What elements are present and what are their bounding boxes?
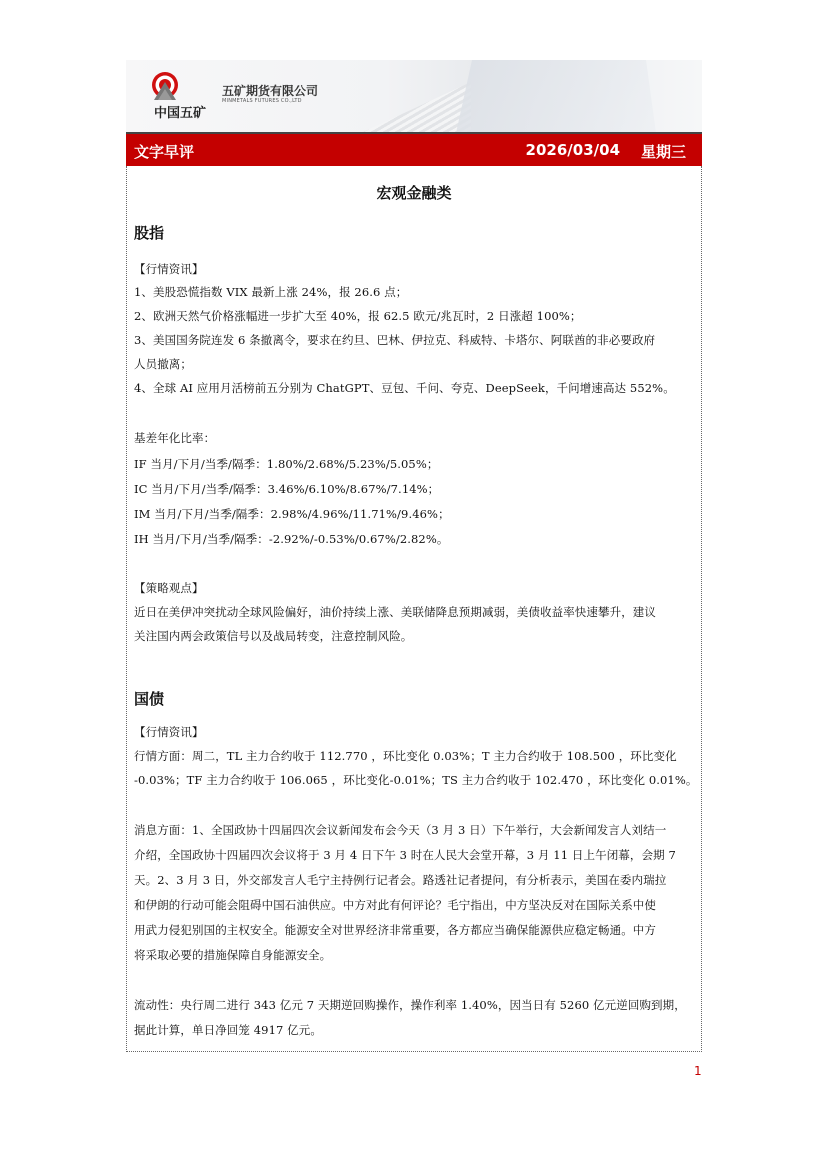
market-text: 行情方面：周二，TL 主力合约收于 112.770 ，环比变化 0.03%；T …: [134, 748, 677, 764]
liquidity-text: 据此计算，单日净回笼 4917 亿元。: [134, 1022, 322, 1038]
news-item: 2、欧洲天然气价格涨幅进一步扩大至 40%，报 62.5 欧元/兆瓦时，2 日涨…: [134, 308, 582, 324]
heading-treasury: 国债: [134, 688, 164, 709]
basis-row: IC 当月/下月/当季/隔季：3.46%/6.10%/8.67%/7.14%；: [134, 481, 439, 497]
strategy-text: 近日在美伊冲突扰动全球风险偏好，油价持续上涨、美联储降息预期减弱，美债收益率快速…: [134, 604, 656, 620]
report-type: 文字早评: [134, 141, 194, 162]
message-text: 介绍，全国政协十四届四次会议将于 3 月 4 日下午 3 时在人民大会堂开幕，3…: [134, 847, 676, 863]
message-text: 天。2、3 月 3 日，外交部发言人毛宁主持例行记者会。路透社记者提问，有分析表…: [134, 872, 666, 888]
page-number: 1: [694, 1064, 702, 1078]
header-banner: 中国五矿 五矿期货有限公司 MINMETALS FUTURES CO.,LTD: [126, 60, 702, 133]
company-name-en: MINMETALS FUTURES CO.,LTD: [222, 98, 302, 104]
news-label: 【行情资讯】: [134, 724, 204, 740]
document-body: 宏观金融类 股指 【行情资讯】 1、美股恐慌指数 VIX 最新上涨 24%，报 …: [126, 166, 702, 1052]
news-label: 【行情资讯】: [134, 261, 204, 277]
banner-decoration: [361, 82, 471, 133]
basis-label: 基差年化比率：: [134, 430, 215, 446]
basis-row: IF 当月/下月/当季/隔季：1.80%/2.68%/5.23%/5.05%；: [134, 456, 438, 472]
news-item: 3、美国国务院连发 6 条撤离令，要求在约旦、巴林、伊拉克、科威特、卡塔尔、阿联…: [134, 332, 655, 348]
company-name-cn: 五矿期货有限公司: [222, 82, 318, 99]
basis-row: IM 当月/下月/当季/隔季：2.98%/4.96%/11.71%/9.46%；: [134, 506, 450, 522]
strategy-label: 【策略观点】: [134, 580, 204, 596]
banner-decoration: [456, 60, 656, 133]
minmetals-logo-icon: [148, 70, 182, 104]
news-item: 4、全球 AI 应用月活榜前五分别为 ChatGPT、豆包、千问、夸克、Deep…: [134, 380, 675, 396]
news-item: 人员撤离；: [134, 356, 192, 372]
market-text: -0.03%；TF 主力合约收于 106.065 ，环比变化-0.01%；TS …: [134, 772, 697, 788]
news-item: 1、美股恐慌指数 VIX 最新上涨 24%，报 26.6 点；: [134, 284, 407, 300]
basis-row: IH 当月/下月/当季/隔季：-2.92%/-0.53%/0.67%/2.82%…: [134, 531, 448, 547]
section-title: 宏观金融类: [127, 182, 701, 203]
message-text: 将采取必要的措施保障自身能源安全。: [134, 947, 331, 963]
heading-stock-index: 股指: [134, 222, 164, 243]
message-text: 用武力侵犯别国的主权安全。能源安全对世界经济非常重要，各方都应当确保能源供应稳定…: [134, 922, 656, 938]
logo-text: 中国五矿: [154, 102, 206, 121]
report-title-bar: 文字早评 2026/03/04 星期三: [126, 134, 702, 166]
message-text: 和伊朗的行动可能会阻碍中国石油供应。中方对此有何评论？毛宁指出，中方坚决反对在国…: [134, 897, 656, 913]
message-text: 消息方面：1、全国政协十四届四次会议新闻发布会今天（3 月 3 日）下午举行，大…: [134, 822, 666, 838]
report-weekday: 星期三: [641, 141, 686, 162]
report-date: 2026/03/04: [526, 141, 620, 159]
liquidity-text: 流动性：央行周二进行 343 亿元 7 天期逆回购操作，操作利率 1.40%，因…: [134, 997, 686, 1013]
strategy-text: 关注国内两会政策信号以及战局转变，注意控制风险。: [134, 628, 412, 644]
